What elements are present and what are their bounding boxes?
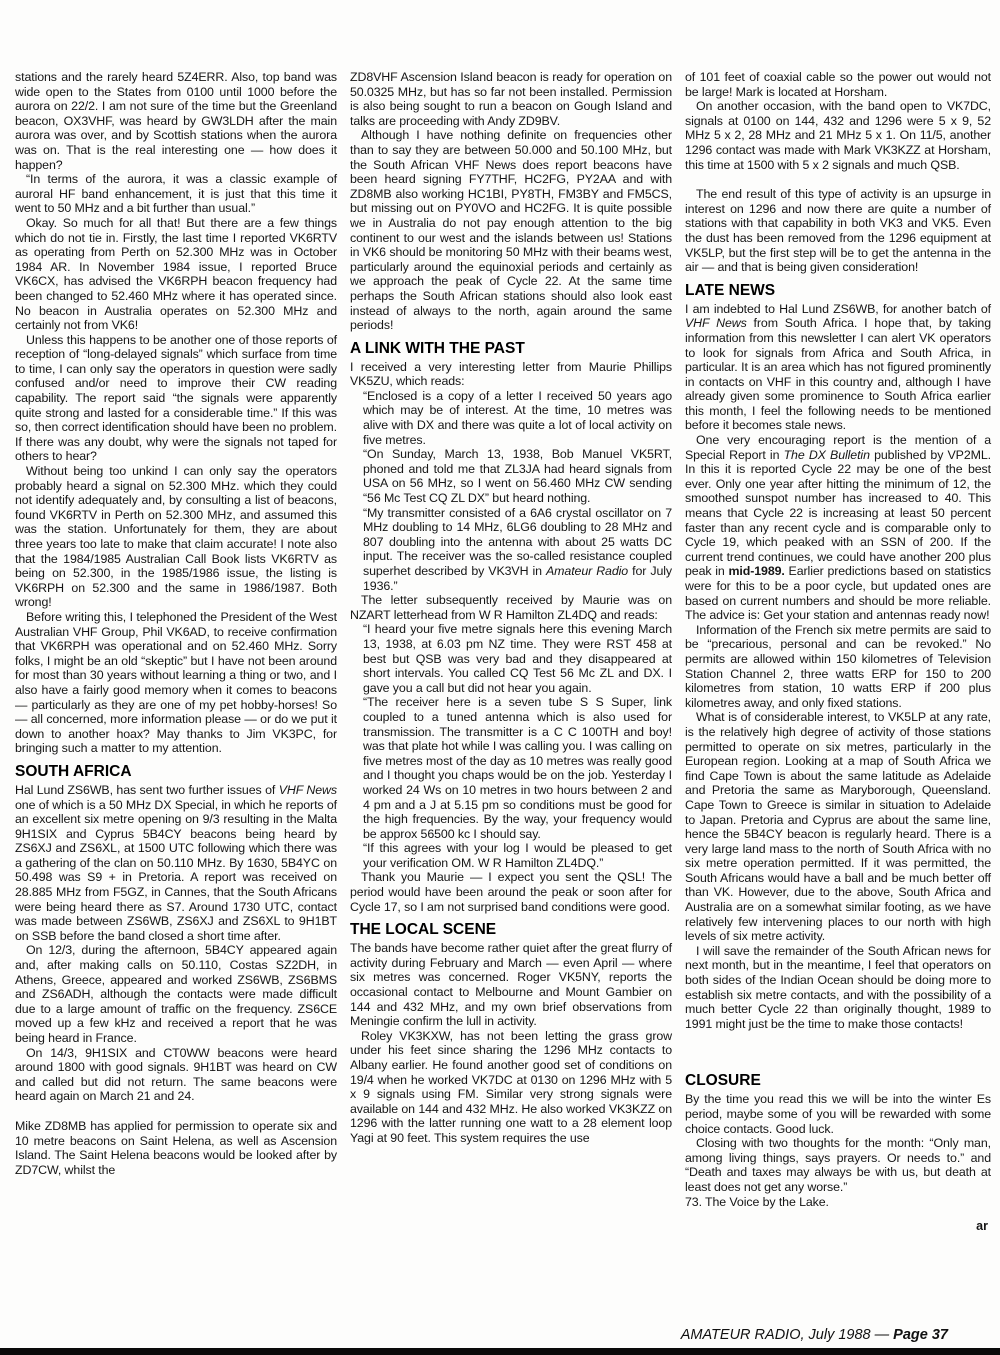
section-heading: CLOSURE bbox=[685, 1072, 991, 1090]
paragraph: ZD8VHF Ascension Island beacon is ready … bbox=[350, 70, 672, 128]
paragraph-gap bbox=[685, 1031, 991, 1065]
paragraph: stations and the rarely heard 5Z4ERR. Al… bbox=[15, 70, 337, 172]
paragraph: The bands have become rather quiet after… bbox=[350, 941, 672, 1029]
paragraph-gap bbox=[15, 1104, 337, 1119]
paragraph: Although I have nothing definite on freq… bbox=[350, 128, 672, 332]
paragraph: Closing with two thoughts for the month:… bbox=[685, 1136, 991, 1194]
column-1: stations and the rarely heard 5Z4ERR. Al… bbox=[15, 70, 337, 1233]
paragraph: The end result of this type of activity … bbox=[685, 187, 991, 275]
paragraph: “On Sunday, March 13, 1938, Bob Manuel V… bbox=[363, 447, 672, 505]
paragraph: By the time you read this we will be int… bbox=[685, 1092, 991, 1136]
section-heading: LATE NEWS bbox=[685, 282, 991, 300]
paragraph: “The receiver here is a seven tube S S S… bbox=[363, 695, 672, 841]
paragraph: “In terms of the aurora, it was a classi… bbox=[15, 172, 337, 216]
magazine-page: stations and the rarely heard 5Z4ERR. Al… bbox=[0, 0, 1000, 1355]
paragraph: I received a very interesting letter fro… bbox=[350, 360, 672, 389]
paragraph: The letter subsequently received by Maur… bbox=[350, 593, 672, 622]
paragraph: “I heard your five metre signals here th… bbox=[363, 622, 672, 695]
issue-date: , July 1988 — bbox=[800, 1327, 893, 1343]
paragraph: “If this agrees with your log I would be… bbox=[363, 841, 672, 870]
paragraph: Information of the French six metre perm… bbox=[685, 623, 991, 711]
paragraph-gap bbox=[685, 172, 991, 187]
column-2: ZD8VHF Ascension Island beacon is ready … bbox=[350, 70, 672, 1233]
paragraph: Before writing this, I telephoned the Pr… bbox=[15, 610, 337, 756]
paragraph: On 14/3, 9H1SIX and CT0WW beacons were h… bbox=[15, 1046, 337, 1104]
paragraph: of 101 feet of coaxial cable so the powe… bbox=[685, 70, 991, 99]
page-footer: AMATEUR RADIO, July 1988 — Page 37 bbox=[681, 1327, 948, 1343]
section-heading: SOUTH AFRICA bbox=[15, 763, 337, 781]
column-3: of 101 feet of coaxial cable so the powe… bbox=[685, 70, 991, 1233]
article-body: stations and the rarely heard 5Z4ERR. Al… bbox=[0, 0, 1000, 1233]
section-heading: THE LOCAL SCENE bbox=[350, 921, 672, 939]
paragraph: Hal Lund ZS6WB, has sent two further iss… bbox=[15, 783, 337, 944]
page-edge-bar bbox=[0, 1348, 1000, 1355]
paragraph: What is of considerable interest, to VK5… bbox=[685, 710, 991, 944]
paragraph: On 12/3, during the afternoon, 5B4CY app… bbox=[15, 943, 337, 1045]
paragraph: “My transmitter consisted of a 6A6 cryst… bbox=[363, 506, 672, 594]
paragraph: On another occasion, with the band open … bbox=[685, 99, 991, 172]
paragraph: One very encouraging report is the menti… bbox=[685, 433, 991, 623]
paragraph: 73. The Voice by the Lake. bbox=[685, 1195, 991, 1210]
paragraph: Roley VK3KXW, has not been letting the g… bbox=[350, 1029, 672, 1146]
paragraph: Okay. So much for all that! But there ar… bbox=[15, 216, 337, 333]
paragraph: Thank you Maurie — I expect you sent the… bbox=[350, 870, 672, 914]
paragraph: I will save the remainder of the South A… bbox=[685, 944, 991, 1032]
paragraph: Unless this happens to be another one of… bbox=[15, 333, 337, 464]
section-heading: A LINK WITH THE PAST bbox=[350, 340, 672, 358]
paragraph: I am indebted to Hal Lund ZS6WB, for ano… bbox=[685, 302, 991, 433]
paragraph: Mike ZD8MB has applied for permission to… bbox=[15, 1119, 337, 1177]
paragraph: Without being too unkind I can only say … bbox=[15, 464, 337, 610]
magazine-title: AMATEUR RADIO bbox=[681, 1327, 801, 1343]
paragraph: “Enclosed is a copy of a letter I receiv… bbox=[363, 389, 672, 447]
article-end-mark: ar bbox=[685, 1219, 991, 1233]
page-number: Page 37 bbox=[893, 1327, 948, 1343]
